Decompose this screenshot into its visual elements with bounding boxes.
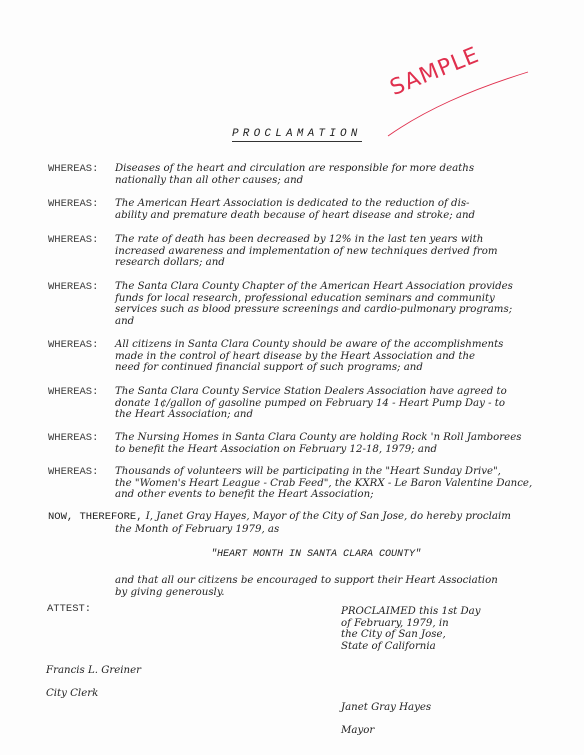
document-title: PROCLAMATION [232,128,362,142]
mayor-signature: Janet Gray Hayes Mayor [341,690,541,748]
document-page: PROCLAMATION SAMPLE WHEREAS: Diseases of… [0,0,584,755]
mayor-title: Mayor [341,725,541,737]
clause-text: Diseases of the heart and circulation ar… [115,163,535,186]
clause-text: The Santa Clara County Chapter of the Am… [115,281,535,327]
clause-text: The Nursing Homes in Santa Clara County … [115,432,535,455]
proclaimed-block: PROCLAIMED this 1st Day of February, 197… [341,606,541,652]
clause-label: WHEREAS: [48,386,98,398]
clause-text: The rate of death has been decreased by … [115,234,535,269]
now-therefore-clause: NOW, THEREFORE, I, Janet Gray Hayes, May… [48,511,538,535]
clause-text: The American Heart Association is dedica… [115,198,535,221]
now-therefore-line2: the Month of February 1979, as [48,524,538,536]
clause-label: WHEREAS: [48,339,98,351]
clause-label: WHEREAS: [48,432,98,444]
clause-label: WHEREAS: [48,466,98,478]
clause-label: WHEREAS: [48,281,98,293]
proclamation-slogan: "HEART MONTH IN SANTA CLARA COUNTY" [211,549,421,560]
clerk-title: City Clerk [46,688,246,700]
mayor-name: Janet Gray Hayes [341,702,541,714]
clause-text: All citizens in Santa Clara County shoul… [115,339,535,374]
closing-paragraph: and that all our citizens be encouraged … [115,575,535,598]
clerk-signature: Francis L. Greiner City Clerk [46,653,246,711]
attest-label: ATTEST: [47,603,91,615]
clause-text: Thousands of volunteers will be particip… [115,466,535,501]
now-therefore-line1: I, Janet Gray Hayes, Mayor of the City o… [143,511,511,522]
now-therefore-lead: NOW, THEREFORE, [48,511,143,523]
clause-label: WHEREAS: [48,198,98,210]
clause-label: WHEREAS: [48,163,98,175]
clause-label: WHEREAS: [48,234,98,246]
clause-text: The Santa Clara County Service Station D… [115,386,535,421]
clerk-name: Francis L. Greiner [46,665,246,677]
